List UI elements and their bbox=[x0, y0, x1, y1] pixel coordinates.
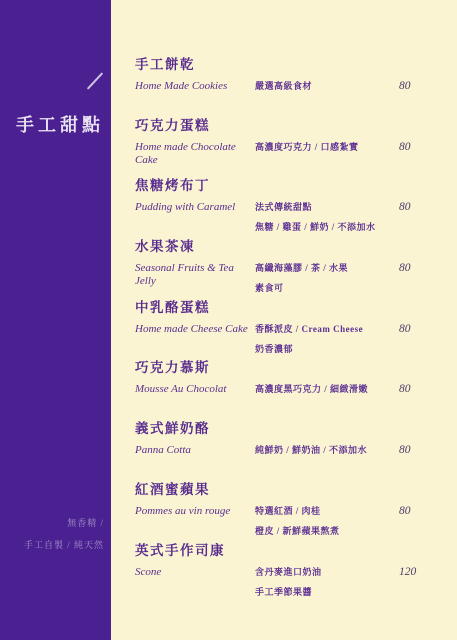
item-description-line: 高濃度巧克力 / 口感紮實 bbox=[255, 141, 395, 153]
item-description-line: 高濃度黑巧克力 / 細緻滑嫩 bbox=[255, 383, 395, 395]
slash-icon bbox=[87, 72, 103, 89]
item-detail-row: Panna Cotta 純鮮奶 / 鮮奶油 / 不添加水 80 bbox=[135, 444, 457, 457]
item-name-zh: 義式鮮奶酪 bbox=[135, 421, 457, 436]
item-description-line: 特選紅酒 / 肉桂 bbox=[255, 505, 395, 517]
item-description: 特選紅酒 / 肉桂橙皮 / 新鮮蘋果熬煮 bbox=[255, 505, 395, 537]
item-description-line: 手工季節果醬 bbox=[255, 586, 395, 598]
item-name-zh: 英式手作司康 bbox=[135, 543, 457, 558]
item-name-zh: 手工餅乾 bbox=[135, 57, 457, 72]
item-description: 高濃度巧克力 / 口感紮實 bbox=[255, 141, 395, 153]
menu-item: 中乳酪蛋糕 Home made Cheese Cake 香酥派皮 / Cream… bbox=[135, 300, 457, 361]
item-description-line: 橙皮 / 新鮮蘋果熬煮 bbox=[255, 525, 395, 537]
item-name-en: Panna Cotta bbox=[135, 444, 255, 457]
item-name-en: Seasonal Fruits & Tea Jelly bbox=[135, 262, 255, 288]
item-price: 80 bbox=[395, 201, 457, 214]
item-description: 香酥派皮 / Cream Cheese奶香濃郁 bbox=[255, 323, 395, 355]
item-description-line: 含丹麥進口奶油 bbox=[255, 566, 395, 578]
item-description-line: 香酥派皮 / Cream Cheese bbox=[255, 323, 395, 335]
item-description-line: 奶香濃郁 bbox=[255, 343, 395, 355]
item-description-line: 素食可 bbox=[255, 282, 395, 294]
footnote-line-2: 手工自製 / 純天然 bbox=[0, 534, 104, 556]
item-name-zh: 巧克力慕斯 bbox=[135, 360, 457, 375]
item-description: 法式傳統甜點焦糖 / 雞蛋 / 鮮奶 / 不添加水 bbox=[255, 201, 395, 233]
item-description: 高纖海藻膠 / 茶 / 水果素食可 bbox=[255, 262, 395, 294]
item-detail-row: Seasonal Fruits & Tea Jelly 高纖海藻膠 / 茶 / … bbox=[135, 262, 457, 294]
item-name-zh: 中乳酪蛋糕 bbox=[135, 300, 457, 315]
item-description: 含丹麥進口奶油手工季節果醬 bbox=[255, 566, 395, 598]
menu-item: 水果茶凍 Seasonal Fruits & Tea Jelly 高纖海藻膠 /… bbox=[135, 239, 457, 300]
item-detail-row: Home made Cheese Cake 香酥派皮 / Cream Chees… bbox=[135, 323, 457, 355]
item-name-en: Mousse Au Chocolat bbox=[135, 383, 255, 396]
item-name-zh: 焦糖烤布丁 bbox=[135, 178, 457, 193]
item-detail-row: Home made Chocolate Cake 高濃度巧克力 / 口感紮實 8… bbox=[135, 141, 457, 167]
footnote-line-1: 無香精 / bbox=[0, 512, 104, 534]
item-price: 120 bbox=[395, 566, 457, 579]
menu-item: 焦糖烤布丁 Pudding with Caramel 法式傳統甜點焦糖 / 雞蛋… bbox=[135, 178, 457, 239]
item-price: 80 bbox=[395, 323, 457, 336]
item-detail-row: Home Made Cookies 嚴選高級食材 80 bbox=[135, 80, 457, 93]
item-description-line: 嚴選高級食材 bbox=[255, 80, 395, 92]
item-description-line: 焦糖 / 雞蛋 / 鮮奶 / 不添加水 bbox=[255, 221, 395, 233]
menu-item: 英式手作司康 Scone 含丹麥進口奶油手工季節果醬 120 bbox=[135, 543, 457, 604]
item-description-line: 高纖海藻膠 / 茶 / 水果 bbox=[255, 262, 395, 274]
item-price: 80 bbox=[395, 141, 457, 154]
item-price: 80 bbox=[395, 444, 457, 457]
item-name-en: Pommes au vin rouge bbox=[135, 505, 255, 518]
menu-list: 手工餅乾 Home Made Cookies 嚴選高級食材 80 巧克力蛋糕 H… bbox=[135, 57, 457, 603]
item-description-line: 純鮮奶 / 鮮奶油 / 不添加水 bbox=[255, 444, 395, 456]
item-name-en: Home Made Cookies bbox=[135, 80, 255, 93]
menu-item: 巧克力蛋糕 Home made Chocolate Cake 高濃度巧克力 / … bbox=[135, 118, 457, 179]
menu-item: 巧克力慕斯 Mousse Au Chocolat 高濃度黑巧克力 / 細緻滑嫩 … bbox=[135, 360, 457, 421]
item-detail-row: Pudding with Caramel 法式傳統甜點焦糖 / 雞蛋 / 鮮奶 … bbox=[135, 201, 457, 233]
item-description-line: 法式傳統甜點 bbox=[255, 201, 395, 213]
menu-item: 義式鮮奶酪 Panna Cotta 純鮮奶 / 鮮奶油 / 不添加水 80 bbox=[135, 421, 457, 482]
item-price: 80 bbox=[395, 505, 457, 518]
item-name-zh: 水果茶凍 bbox=[135, 239, 457, 254]
item-detail-row: Scone 含丹麥進口奶油手工季節果醬 120 bbox=[135, 566, 457, 598]
item-description: 高濃度黑巧克力 / 細緻滑嫩 bbox=[255, 383, 395, 395]
item-name-zh: 紅酒蜜蘋果 bbox=[135, 482, 457, 497]
item-detail-row: Mousse Au Chocolat 高濃度黑巧克力 / 細緻滑嫩 80 bbox=[135, 383, 457, 396]
item-price: 80 bbox=[395, 262, 457, 275]
item-name-en: Scone bbox=[135, 566, 255, 579]
item-name-en: Home made Chocolate Cake bbox=[135, 141, 255, 167]
sidebar: 手工甜點 無香精 / 手工自製 / 純天然 bbox=[0, 0, 111, 640]
menu-item: 手工餅乾 Home Made Cookies 嚴選高級食材 80 bbox=[135, 57, 457, 118]
item-name-en: Pudding with Caramel bbox=[135, 201, 255, 214]
section-title: 手工甜點 bbox=[0, 111, 104, 137]
item-price: 80 bbox=[395, 80, 457, 93]
item-description: 純鮮奶 / 鮮奶油 / 不添加水 bbox=[255, 444, 395, 456]
item-price: 80 bbox=[395, 383, 457, 396]
item-detail-row: Pommes au vin rouge 特選紅酒 / 肉桂橙皮 / 新鮮蘋果熬煮… bbox=[135, 505, 457, 537]
item-description: 嚴選高級食材 bbox=[255, 80, 395, 92]
sidebar-footnote: 無香精 / 手工自製 / 純天然 bbox=[0, 512, 104, 556]
item-name-zh: 巧克力蛋糕 bbox=[135, 118, 457, 133]
item-name-en: Home made Cheese Cake bbox=[135, 323, 255, 336]
menu-item: 紅酒蜜蘋果 Pommes au vin rouge 特選紅酒 / 肉桂橙皮 / … bbox=[135, 482, 457, 543]
